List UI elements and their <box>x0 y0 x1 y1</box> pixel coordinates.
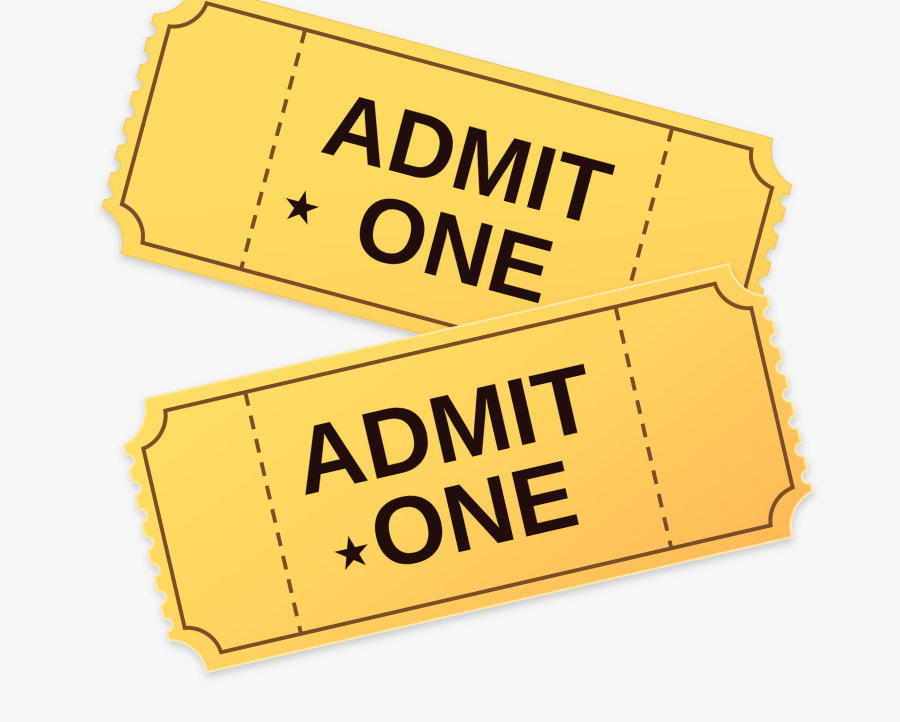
tickets-illustration: ADMIT ONE ★ ADMIT ONE ★ <box>0 0 900 722</box>
